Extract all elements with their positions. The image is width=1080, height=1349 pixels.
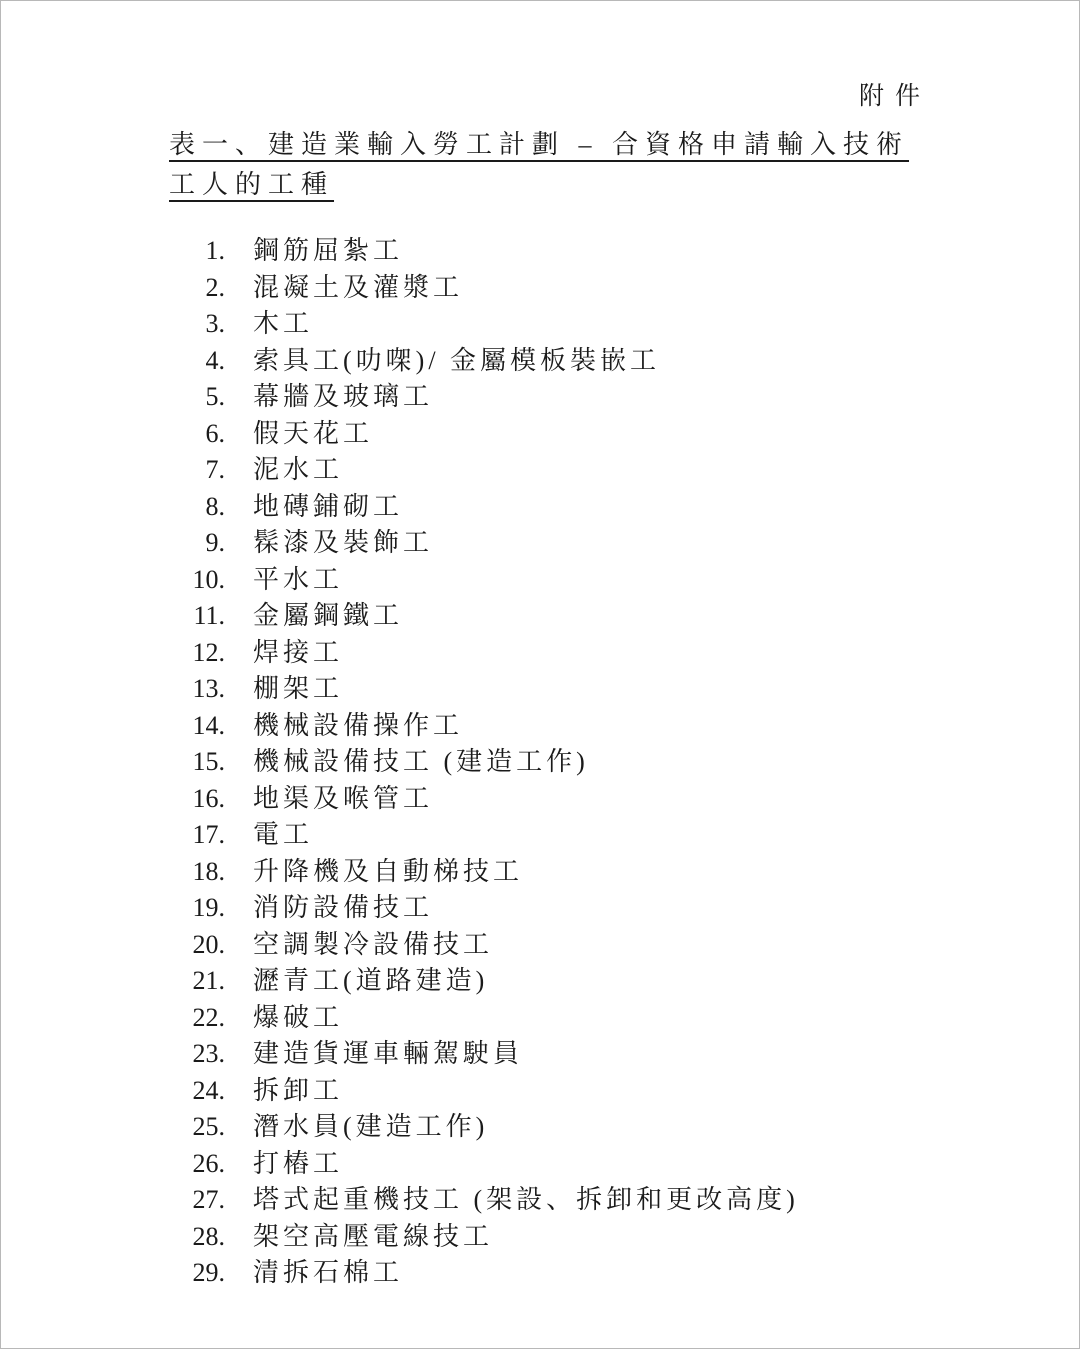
trade-item-text: 架空高壓電線技工 — [253, 1222, 493, 1251]
trade-item-text: 清拆石棉工 — [253, 1258, 403, 1287]
trade-item-number: 7. — [181, 452, 225, 489]
trade-item-number: 26. — [181, 1146, 225, 1183]
trade-item-text: 幕牆及玻璃工 — [253, 382, 433, 411]
trade-item-text: 機械設備技工 (建造工作) — [253, 747, 589, 776]
trade-list-item: 4.索具工(叻㗎)/ 金屬模板裝嵌工 — [181, 343, 1079, 380]
document-title: 表一、建造業輸入勞工計劃 – 合資格申請輸入技術 工人的工種 — [169, 125, 979, 205]
trade-item-text: 空調製冷設備技工 — [253, 930, 493, 959]
trade-list-item: 21.瀝青工(道路建造) — [181, 963, 1079, 1000]
trade-list: 1.鋼筋屈紮工 2.混凝土及灌漿工 3.木工 4.索具工(叻㗎)/ 金屬模板裝嵌… — [1, 233, 1079, 1292]
trade-list-item: 7.泥水工 — [181, 452, 1079, 489]
trade-list-item: 8.地磚鋪砌工 — [181, 489, 1079, 526]
trade-item-number: 28. — [181, 1219, 225, 1256]
trade-item-number: 14. — [181, 708, 225, 745]
trade-item-text: 焊接工 — [253, 638, 343, 667]
trade-item-number: 18. — [181, 854, 225, 891]
attachment-label: 附件 — [1, 83, 1079, 111]
trade-item-text: 建造貨運車輛駕駛員 — [253, 1039, 523, 1068]
trade-list-item: 18.升降機及自動梯技工 — [181, 854, 1079, 891]
trade-item-text: 木工 — [253, 309, 313, 338]
trade-item-text: 瀝青工(道路建造) — [253, 966, 488, 995]
trade-list-item: 23.建造貨運車輛駕駛員 — [181, 1036, 1079, 1073]
document-title-line1: 表一、建造業輸入勞工計劃 – 合資格申請輸入技術 — [169, 125, 909, 165]
trade-item-number: 6. — [181, 416, 225, 453]
trade-list-item: 3.木工 — [181, 306, 1079, 343]
trade-item-number: 21. — [181, 963, 225, 1000]
trade-item-text: 爆破工 — [253, 1003, 343, 1032]
trade-list-item: 20.空調製冷設備技工 — [181, 927, 1079, 964]
trade-item-number: 19. — [181, 890, 225, 927]
trade-list-item: 14.機械設備操作工 — [181, 708, 1079, 745]
trade-item-text: 混凝土及灌漿工 — [253, 273, 463, 302]
trade-item-number: 27. — [181, 1182, 225, 1219]
trade-item-text: 假天花工 — [253, 419, 373, 448]
trade-item-text: 平水工 — [253, 565, 343, 594]
trade-list-item: 24.拆卸工 — [181, 1073, 1079, 1110]
trade-item-number: 9. — [181, 525, 225, 562]
trade-list-item: 22.爆破工 — [181, 1000, 1079, 1037]
trade-item-text: 索具工(叻㗎)/ 金屬模板裝嵌工 — [253, 346, 660, 375]
trade-list-item: 19.消防設備技工 — [181, 890, 1079, 927]
document-title-line2: 工人的工種 — [169, 165, 334, 205]
trade-item-text: 升降機及自動梯技工 — [253, 857, 523, 886]
trade-list-item: 6.假天花工 — [181, 416, 1079, 453]
trade-item-number: 17. — [181, 817, 225, 854]
trade-item-number: 5. — [181, 379, 225, 416]
trade-item-text: 拆卸工 — [253, 1076, 343, 1105]
trade-list-item: 10.平水工 — [181, 562, 1079, 599]
trade-list-item: 16.地渠及喉管工 — [181, 781, 1079, 818]
trade-list-item: 11.金屬鋼鐵工 — [181, 598, 1079, 635]
trade-item-text: 髹漆及裝飾工 — [253, 528, 433, 557]
trade-list-item: 29.清拆石棉工 — [181, 1255, 1079, 1292]
trade-list-item: 25.潛水員(建造工作) — [181, 1109, 1079, 1146]
trade-item-number: 25. — [181, 1109, 225, 1146]
trade-item-number: 13. — [181, 671, 225, 708]
trade-list-item: 2.混凝土及灌漿工 — [181, 270, 1079, 307]
trade-item-number: 11. — [181, 598, 225, 635]
trade-item-text: 消防設備技工 — [253, 893, 433, 922]
trade-list-item: 5.幕牆及玻璃工 — [181, 379, 1079, 416]
document-page: 附件 表一、建造業輸入勞工計劃 – 合資格申請輸入技術 工人的工種 1.鋼筋屈紮… — [0, 0, 1080, 1349]
trade-item-number: 8. — [181, 489, 225, 526]
trade-item-text: 機械設備操作工 — [253, 711, 463, 740]
trade-item-text: 潛水員(建造工作) — [253, 1112, 488, 1141]
trade-item-number: 15. — [181, 744, 225, 781]
trade-item-number: 20. — [181, 927, 225, 964]
trade-list-item: 12.焊接工 — [181, 635, 1079, 672]
trade-list-item: 15.機械設備技工 (建造工作) — [181, 744, 1079, 781]
trade-item-text: 電工 — [253, 820, 313, 849]
trade-item-text: 泥水工 — [253, 455, 343, 484]
trade-item-number: 29. — [181, 1255, 225, 1292]
trade-item-number: 16. — [181, 781, 225, 818]
trade-item-number: 22. — [181, 1000, 225, 1037]
trade-list-item: 17.電工 — [181, 817, 1079, 854]
trade-item-number: 24. — [181, 1073, 225, 1110]
trade-list-item: 28.架空高壓電線技工 — [181, 1219, 1079, 1256]
trade-item-text: 金屬鋼鐵工 — [253, 601, 403, 630]
trade-item-number: 23. — [181, 1036, 225, 1073]
trade-list-item: 27.塔式起重機技工 (架設、拆卸和更改高度) — [181, 1182, 1079, 1219]
trade-item-text: 打樁工 — [253, 1149, 343, 1178]
trade-list-item: 1.鋼筋屈紮工 — [181, 233, 1079, 270]
trade-item-number: 4. — [181, 343, 225, 380]
trade-item-text: 地磚鋪砌工 — [253, 492, 403, 521]
trade-item-number: 2. — [181, 270, 225, 307]
trade-item-text: 地渠及喉管工 — [253, 784, 433, 813]
trade-list-item: 26.打樁工 — [181, 1146, 1079, 1183]
trade-item-number: 1. — [181, 233, 225, 270]
trade-list-item: 9.髹漆及裝飾工 — [181, 525, 1079, 562]
trade-item-text: 棚架工 — [253, 674, 343, 703]
trade-item-number: 3. — [181, 306, 225, 343]
trade-item-text: 塔式起重機技工 (架設、拆卸和更改高度) — [253, 1185, 799, 1214]
trade-list-item: 13.棚架工 — [181, 671, 1079, 708]
trade-item-number: 12. — [181, 635, 225, 672]
trade-item-text: 鋼筋屈紮工 — [253, 236, 403, 265]
trade-item-number: 10. — [181, 562, 225, 599]
